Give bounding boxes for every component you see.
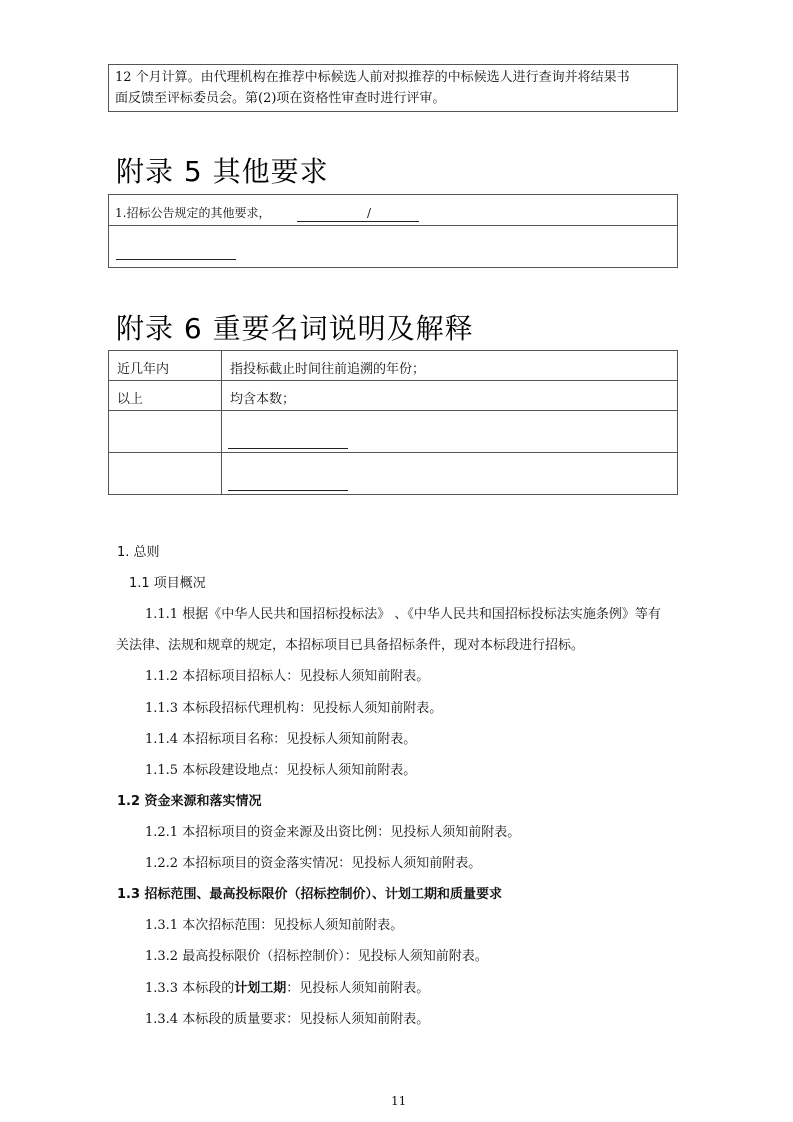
section-1-3-heading: 1.3 招标范围、最高投标限价（招标控制价）、计划工期和质量要求	[117, 886, 502, 904]
definition-blank[interactable]	[228, 448, 348, 449]
table-row	[109, 453, 678, 495]
section-1-1-5: 1.1.5 本标段建设地点：见投标人须知前附表。	[145, 762, 416, 780]
section-1-1-4: 1.1.4 本招标项目名称：见投标人须知前附表。	[145, 731, 416, 749]
appendix6-title: 附录 6 重要名词说明及解释	[116, 312, 474, 346]
section-1-3-3-suffix: ：见投标人须知前附表。	[286, 981, 429, 996]
definition-cell: 指投标截止时间往前追溯的年份；	[230, 361, 425, 379]
term-cell: 以上	[117, 391, 143, 409]
page-number: 11	[391, 1092, 406, 1110]
continuation-box: 12 个月计算。由代理机构在推荐中标候选人前对拟推荐的中标候选人进行查询并将结果…	[108, 64, 678, 112]
section-1-heading: 1. 总则	[117, 544, 160, 562]
table-row: 近几年内 指投标截止时间往前追溯的年份；	[109, 351, 678, 381]
continuation-line-1: 12 个月计算。由代理机构在推荐中标候选人前对拟推荐的中标候选人进行查询并将结果…	[115, 69, 630, 87]
table-row: 以上 均含本数；	[109, 381, 678, 411]
definition-blank[interactable]	[228, 490, 348, 491]
section-1-3-2: 1.3.2 最高投标限价（招标控制价）：见投标人须知前附表。	[145, 948, 488, 966]
section-1-2-1: 1.2.1 本招标项目的资金来源及出资比例：见投标人须知前附表。	[145, 824, 520, 842]
appendix6-table: 近几年内 指投标截止时间往前追溯的年份； 以上 均含本数；	[108, 350, 678, 495]
section-1-3-3-prefix: 1.3.3 本标段的	[145, 981, 234, 996]
section-1-3-4: 1.3.4 本标段的质量要求：见投标人须知前附表。	[145, 1011, 429, 1029]
continuation-line-2: 面反馈至评标委员会。第(2)项在资格性审查时进行评审。	[115, 90, 445, 108]
section-1-3-3: 1.3.3 本标段的计划工期：见投标人须知前附表。	[145, 980, 429, 998]
section-1-3-1: 1.3.1 本次招标范围：见投标人须知前附表。	[145, 917, 403, 935]
section-1-1-1-line2: 关法律、法规和规章的规定，本招标项目已具备招标条件，现对本标段进行招标。	[116, 637, 584, 655]
section-1-1-3: 1.1.3 本标段招标代理机构：见投标人须知前附表。	[145, 700, 442, 718]
section-1-1-heading: 1.1 项目概况	[129, 575, 206, 593]
appendix5-row1-blank[interactable]	[297, 221, 419, 222]
appendix5-row2-blank[interactable]	[116, 259, 236, 260]
section-1-1-2: 1.1.2 本招标项目招标人：见投标人须知前附表。	[145, 668, 429, 686]
appendix5-row1-label: 1.招标公告规定的其他要求，	[115, 204, 270, 222]
section-1-3-3-bold: 计划工期	[234, 981, 286, 996]
section-1-2-2: 1.2.2 本招标项目的资金落实情况：见投标人须知前附表。	[145, 855, 481, 873]
appendix5-row1-fill: /	[367, 204, 371, 222]
section-1-2-heading: 1.2 资金来源和落实情况	[117, 793, 262, 811]
section-1-1-1-line1: 1.1.1 根据《中华人民共和国招标投标法》 、《中华人民共和国招标投标法实施条…	[145, 606, 661, 624]
definition-cell: 均含本数；	[230, 391, 295, 409]
appendix5-title: 附录 5 其他要求	[116, 155, 329, 189]
appendix5-table: 1.招标公告规定的其他要求， /	[108, 194, 678, 268]
term-cell: 近几年内	[117, 361, 169, 379]
table-row	[109, 411, 678, 453]
